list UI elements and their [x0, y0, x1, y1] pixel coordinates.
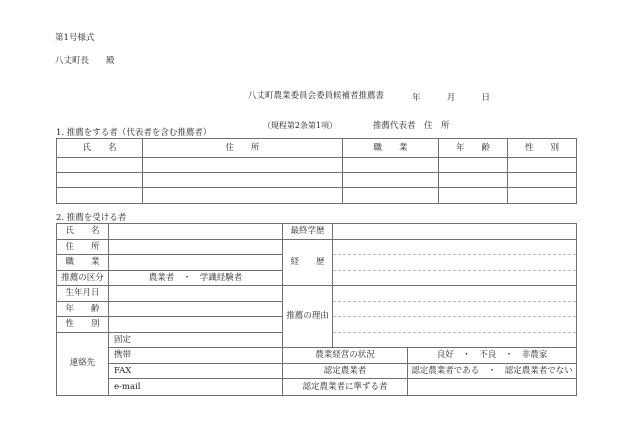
recommender-sex-cell[interactable]	[508, 158, 576, 173]
label-birthdate: 生年月日	[57, 286, 109, 302]
recommendee-table: 氏 名 最終学歴 住 所 経 歴 職 業 推薦の区分 農業者 ・ 学識経験者 生…	[56, 223, 577, 396]
recommender-address-cell[interactable]	[143, 188, 343, 203]
field-contact-fax[interactable]: FAX	[109, 364, 283, 380]
recommender-address-cell[interactable]	[143, 158, 343, 173]
col-header-sex: 性 別	[508, 139, 576, 158]
field-reason-line[interactable]	[333, 333, 576, 349]
recommender-sex-cell[interactable]	[508, 188, 576, 203]
label-contact: 連絡先	[57, 333, 109, 395]
page-title: 八丈町農業委員会委員候補者推薦書	[248, 92, 382, 102]
field-age[interactable]	[109, 302, 283, 318]
label-sex: 性 別	[57, 317, 109, 333]
recommender-age-cell[interactable]	[439, 173, 508, 188]
field-quasi-certified-farmer[interactable]	[408, 379, 576, 395]
field-occupation[interactable]	[109, 255, 283, 271]
field-certified-farmer-options[interactable]: 認定農業者である ・ 認定農業者でない	[408, 364, 576, 380]
recommenders-table: 氏 名 住 所 職 業 年 齢 性 別	[56, 138, 577, 204]
label-certified-farmer: 認定農業者	[283, 364, 408, 380]
field-reason-line[interactable]	[333, 302, 576, 318]
section2-heading: 2. 推薦を受ける者	[56, 211, 126, 223]
field-sex[interactable]	[109, 317, 283, 333]
col-header-age: 年 齢	[439, 139, 508, 158]
recommender-sex-cell[interactable]	[508, 173, 576, 188]
label-address: 住 所	[57, 240, 109, 256]
label-education: 最終学歴	[283, 224, 333, 240]
field-career-line[interactable]	[333, 240, 576, 256]
section1-heading: 1. 推薦をする者（代表者を含む推薦者）	[56, 126, 211, 138]
label-career: 経 歴	[283, 240, 333, 287]
field-reason-line[interactable]	[333, 286, 576, 302]
recommender-name-cell[interactable]	[57, 188, 143, 203]
field-contact-email[interactable]: e-mail	[109, 379, 283, 395]
field-address[interactable]	[109, 240, 283, 256]
form-number: 第1号様式	[55, 31, 94, 43]
label-reason: 推薦の理由	[283, 286, 333, 348]
form-page: 第1号様式 八丈町長 殿 八丈町農業委員会委員候補者推薦書 （規程第2条第1項）…	[0, 0, 630, 439]
field-category-options[interactable]: 農業者 ・ 学識経験者	[109, 271, 283, 287]
field-birthdate[interactable]	[109, 286, 283, 302]
field-name[interactable]	[109, 224, 283, 240]
representative-address-label: 推薦代表者 住 所	[373, 121, 452, 131]
recommender-name-cell[interactable]	[57, 158, 143, 173]
label-age: 年 齢	[57, 302, 109, 318]
field-reason-line[interactable]	[333, 317, 576, 333]
recommender-age-cell[interactable]	[439, 158, 508, 173]
field-career-line[interactable]	[333, 271, 576, 287]
recommender-age-cell[interactable]	[439, 188, 508, 203]
label-farm-status: 農業経営の状況	[283, 348, 408, 364]
field-education[interactable]	[333, 224, 576, 240]
col-header-address: 住 所	[143, 139, 343, 158]
recommender-name-cell[interactable]	[57, 173, 143, 188]
label-quasi-certified-farmer: 認定農業者に準ずる者	[283, 379, 408, 395]
field-contact-landline[interactable]: 固定	[109, 333, 283, 349]
field-contact-mobile[interactable]: 携帯	[109, 348, 283, 364]
page-subtitle: （規程第2条第1項）	[218, 121, 382, 131]
recommender-address-cell[interactable]	[143, 173, 343, 188]
recommender-occupation-cell[interactable]	[343, 158, 439, 173]
recommender-occupation-cell[interactable]	[343, 188, 439, 203]
day-label: 日	[481, 91, 490, 103]
label-name: 氏 名	[57, 224, 109, 240]
recommender-occupation-cell[interactable]	[343, 173, 439, 188]
col-header-name: 氏 名	[57, 139, 143, 158]
field-farm-status-options[interactable]: 良好 ・ 不良 ・ 非農家	[408, 348, 576, 364]
field-career-line[interactable]	[333, 255, 576, 271]
label-occupation: 職 業	[57, 255, 109, 271]
label-category: 推薦の区分	[57, 271, 109, 287]
col-header-occupation: 職 業	[343, 139, 439, 158]
addressee: 八丈町長 殿	[55, 54, 115, 66]
